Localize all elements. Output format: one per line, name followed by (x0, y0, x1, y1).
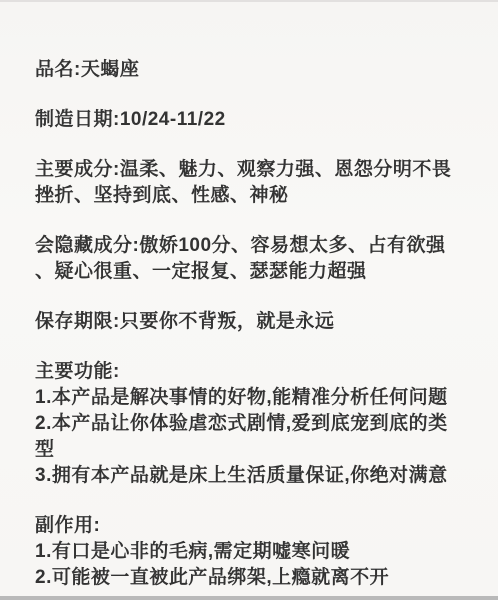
main-function-item-2: 2.本产品让你体验虐恋式剧情,爱到底宠到底的类型 (35, 411, 465, 463)
side-effect-item-1: 1.有口是心非的毛病,需定期嘘寒问暖 (35, 539, 465, 565)
main-function-item-1: 1.本产品是解决事情的好物,能精准分析任何问题 (35, 385, 465, 411)
top-edge-shadow (0, 0, 498, 2)
manufacture-date-text: 制造日期:10/24-11/22 (35, 107, 465, 133)
main-ingredients-block: 主要成分:温柔、魅力、观察力强、恩怨分明不畏挫折、坚持到底、性感、神秘 (35, 157, 465, 209)
manufacture-date-block: 制造日期:10/24-11/22 (35, 107, 465, 133)
product-name-block: 品名:天蝎座 (35, 57, 465, 83)
main-functions-heading: 主要功能: (35, 359, 465, 385)
label-content: 品名:天蝎座 制造日期:10/24-11/22 主要成分:温柔、魅力、观察力强、… (35, 57, 465, 591)
product-name-text: 品名:天蝎座 (35, 57, 465, 83)
hidden-ingredients-block: 会隐藏成分:傲娇100分、容易想太多、占有欲强、疑心很重、一定报复、瑟瑟能力超强 (35, 233, 465, 285)
side-effects-block: 副作用: 1.有口是心非的毛病,需定期嘘寒问暖 2.可能被一直被此产品绑架,上瘾… (35, 513, 465, 591)
shelf-life-block: 保存期限:只要你不背叛，就是永远 (35, 309, 465, 335)
shelf-life-text: 保存期限:只要你不背叛，就是永远 (35, 309, 465, 335)
main-function-item-3: 3.拥有本产品就是床上生活质量保证,你绝对满意 (35, 463, 465, 489)
side-effects-heading: 副作用: (35, 513, 465, 539)
side-effect-item-2: 2.可能被一直被此产品绑架,上瘾就离不开 (35, 565, 465, 591)
hidden-ingredients-text: 会隐藏成分:傲娇100分、容易想太多、占有欲强、疑心很重、一定报复、瑟瑟能力超强 (35, 233, 465, 285)
scorpio-product-label-document: 品名:天蝎座 制造日期:10/24-11/22 主要成分:温柔、魅力、观察力强、… (0, 0, 498, 600)
main-functions-block: 主要功能: 1.本产品是解决事情的好物,能精准分析任何问题 2.本产品让你体验虐… (35, 359, 465, 489)
main-ingredients-text: 主要成分:温柔、魅力、观察力强、恩怨分明不畏挫折、坚持到底、性感、神秘 (35, 157, 465, 209)
bottom-edge-shadow (0, 596, 498, 600)
